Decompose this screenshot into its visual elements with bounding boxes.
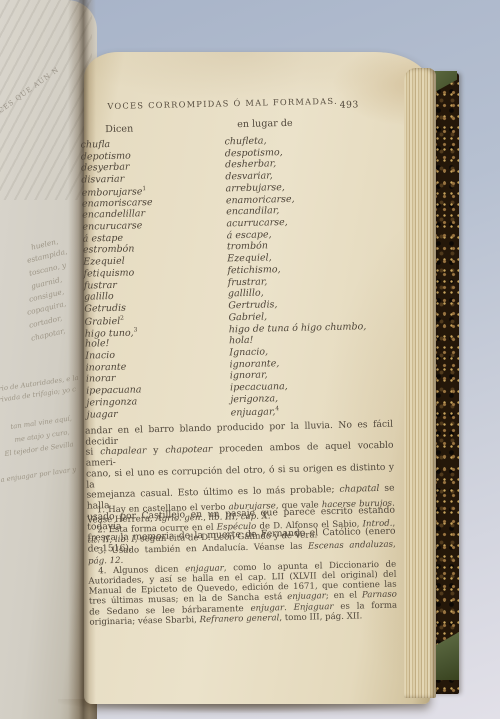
dicen-word: Ezequiel (83, 256, 125, 268)
en-lugar-de-word: chufleta, (224, 135, 266, 147)
en-lugar-de-word: encandilar, (226, 205, 279, 217)
dicen-word: encurucarse (82, 220, 142, 232)
dicen-word: jeringonza (86, 396, 137, 408)
footnote-marker: 2 (120, 314, 124, 321)
dicen-word: Getrudis (84, 303, 126, 315)
running-header: VOCES CORROMPIDAS Ó MAL FORMADAS. (78, 95, 368, 112)
en-lugar-de-word: ignorar, (230, 370, 268, 382)
dicen-word: enamoriscarse (82, 197, 153, 210)
en-lugar-de-word: enjuagar,4 (231, 405, 280, 418)
dicen-word: Inacio (85, 350, 115, 362)
footnote-marker: 3 (133, 326, 137, 333)
page-edges (404, 68, 436, 698)
en-lugar-de-word: jerigonza, (230, 393, 278, 405)
en-lugar-de-word: fetichismo, (227, 264, 280, 276)
dicen-word: encandelillar (82, 209, 145, 221)
en-lugar-de-word: frustrar, (228, 276, 268, 288)
en-lugar-de-word: Gabriel, (228, 311, 267, 323)
dicen-word: depotismo (81, 150, 131, 162)
book-photo-scene: RAS VOCES QUE AUN Nhuelen,estampida,tosc… (0, 0, 500, 719)
en-lugar-de-word: desherbar, (225, 159, 276, 171)
dicen-word: fetiquismo (83, 267, 134, 279)
column-header-dicen: Dicen (105, 123, 133, 135)
en-lugar-de-word: Gertrudis, (228, 299, 277, 311)
word-pair-list: chufla chufleta, depotismo despotismo, d… (78, 133, 386, 421)
en-lugar-de-word: desvariar, (225, 170, 273, 182)
footnote-marker: 1 (142, 185, 146, 192)
en-lugar-de-word: acurrucarse, (226, 217, 288, 229)
dicen-word: desyerbar (81, 162, 130, 174)
page-fragment-text: chapotar, (30, 326, 66, 343)
dicen-word: ipepacuana (86, 384, 142, 396)
en-lugar-de-word: ipecacuana, (230, 381, 288, 393)
dicen-word: á estape (83, 232, 124, 244)
printed-text-block: VOCES CORROMPIDAS Ó MAL FORMADAS. 493 Di… (77, 49, 403, 696)
en-lugar-de-word: trombón (227, 241, 268, 253)
page-fragment-text: a enjuagar por lavar y (0, 465, 77, 484)
en-lugar-de-word: arrebujarse, (225, 182, 284, 194)
en-lugar-de-word: gallillo, (228, 288, 264, 300)
column-header-en-lugar-de: en lugar de (237, 118, 293, 130)
dicen-word: hole! (85, 338, 110, 350)
dicen-word: galillo (84, 291, 114, 303)
dicen-word: juagar (87, 408, 118, 420)
dicen-word: fustrar (84, 279, 117, 291)
dicen-word: inorante (86, 361, 127, 373)
footnote-marker: 4 (275, 405, 279, 412)
en-lugar-de-word: enamoricarse, (226, 193, 295, 206)
en-lugar-de-word: hola! (229, 335, 254, 347)
en-lugar-de-word: despotismo, (225, 147, 283, 159)
en-lugar-de-word: á escape, (227, 229, 272, 241)
dicen-word: disvariar (81, 174, 124, 186)
footnotes: 1. Hay en castellano el verbo aburujarse… (87, 499, 398, 628)
en-lugar-de-word: Ignacio, (229, 346, 268, 358)
en-lugar-de-word: ignorante, (229, 358, 279, 370)
dicen-word: chufla (80, 139, 110, 151)
dicen-word: estrombón (83, 244, 135, 256)
dicen-word: inorar (86, 373, 116, 385)
en-lugar-de-word: Ezequiel, (227, 253, 272, 265)
page-number: 493 (340, 99, 359, 110)
